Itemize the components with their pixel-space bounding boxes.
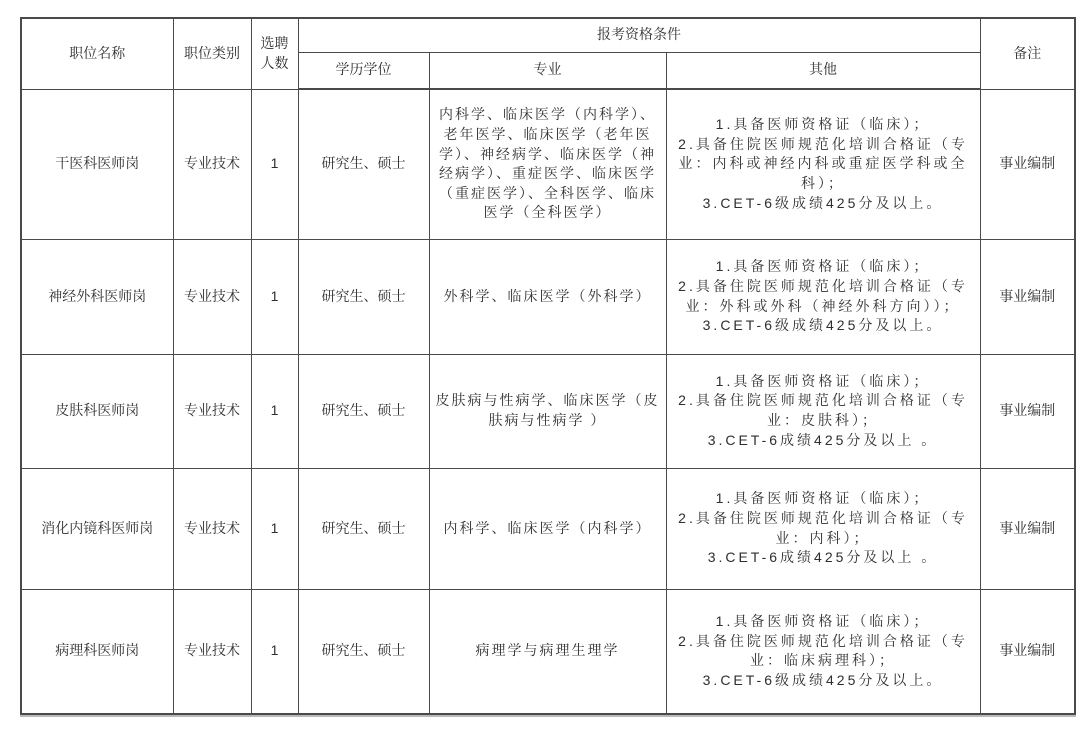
header-row-main: 职位名称 职位类别 选聘人数 报考资格条件 备注 [21, 18, 1075, 52]
cell-major: 外科学、临床医学（外科学） [429, 239, 666, 354]
recruitment-table-container: 职位名称 职位类别 选聘人数 报考资格条件 备注 学历学位 专业 其他 干医科医… [20, 17, 1076, 715]
cell-category: 专业技术 [173, 89, 251, 239]
cell-position: 病理科医师岗 [21, 589, 173, 714]
document-page: 职位名称 职位类别 选聘人数 报考资格条件 备注 学历学位 专业 其他 干医科医… [0, 0, 1092, 730]
table-row: 皮肤科医师岗 专业技术 1 研究生、硕士 皮肤病与性病学、临床医学（皮肤病与性病… [21, 354, 1075, 468]
table-row: 消化内镜科医师岗 专业技术 1 研究生、硕士 内科学、临床医学（内科学） 1.具… [21, 468, 1075, 589]
cell-other: 1.具备医师资格证（临床）； 2.具备住院医师规范化培训合格证（专业：皮肤科）；… [666, 354, 980, 468]
header-other: 其他 [666, 52, 980, 89]
table-row: 病理科医师岗 专业技术 1 研究生、硕士 病理学与病理生理学 1.具备医师资格证… [21, 589, 1075, 714]
cell-category: 专业技术 [173, 589, 251, 714]
table-row: 神经外科医师岗 专业技术 1 研究生、硕士 外科学、临床医学（外科学） 1.具备… [21, 239, 1075, 354]
recruitment-table: 职位名称 职位类别 选聘人数 报考资格条件 备注 学历学位 专业 其他 干医科医… [20, 17, 1076, 715]
cell-education: 研究生、硕士 [298, 589, 429, 714]
cell-remark: 事业编制 [980, 239, 1075, 354]
cell-count: 1 [251, 89, 298, 239]
header-position: 职位名称 [21, 18, 173, 89]
cell-count: 1 [251, 468, 298, 589]
cell-position: 皮肤科医师岗 [21, 354, 173, 468]
cell-position: 神经外科医师岗 [21, 239, 173, 354]
cell-category: 专业技术 [173, 239, 251, 354]
header-count: 选聘人数 [251, 18, 298, 89]
cell-position: 干医科医师岗 [21, 89, 173, 239]
cell-other: 1.具备医师资格证（临床）； 2.具备住院医师规范化培训合格证（专业：内科）； … [666, 468, 980, 589]
header-remark: 备注 [980, 18, 1075, 89]
cell-major: 皮肤病与性病学、临床医学（皮肤病与性病学 ） [429, 354, 666, 468]
cell-education: 研究生、硕士 [298, 468, 429, 589]
cell-other: 1.具备医师资格证（临床）； 2.具备住院医师规范化培训合格证（专业：内科或神经… [666, 89, 980, 239]
header-major: 专业 [429, 52, 666, 89]
header-education: 学历学位 [298, 52, 429, 89]
cell-major: 内科学、临床医学（内科学） [429, 468, 666, 589]
header-category: 职位类别 [173, 18, 251, 89]
header-qualifications-group: 报考资格条件 [298, 18, 980, 52]
cell-remark: 事业编制 [980, 468, 1075, 589]
cell-other: 1.具备医师资格证（临床）； 2.具备住院医师规范化培训合格证（专业：外科或外科… [666, 239, 980, 354]
cell-category: 专业技术 [173, 354, 251, 468]
cell-other: 1.具备医师资格证（临床）； 2.具备住院医师规范化培训合格证（专业：临床病理科… [666, 589, 980, 714]
cell-count: 1 [251, 354, 298, 468]
cell-category: 专业技术 [173, 468, 251, 589]
cell-education: 研究生、硕士 [298, 239, 429, 354]
cell-count: 1 [251, 589, 298, 714]
cell-remark: 事业编制 [980, 589, 1075, 714]
cell-count: 1 [251, 239, 298, 354]
cell-major: 内科学、临床医学（内科学）、老年医学、临床医学（老年医学）、神经病学、临床医学（… [429, 89, 666, 239]
cell-remark: 事业编制 [980, 89, 1075, 239]
cell-remark: 事业编制 [980, 354, 1075, 468]
table-row: 干医科医师岗 专业技术 1 研究生、硕士 内科学、临床医学（内科学）、老年医学、… [21, 89, 1075, 239]
cell-major: 病理学与病理生理学 [429, 589, 666, 714]
cell-position: 消化内镜科医师岗 [21, 468, 173, 589]
cell-education: 研究生、硕士 [298, 354, 429, 468]
cell-education: 研究生、硕士 [298, 89, 429, 239]
